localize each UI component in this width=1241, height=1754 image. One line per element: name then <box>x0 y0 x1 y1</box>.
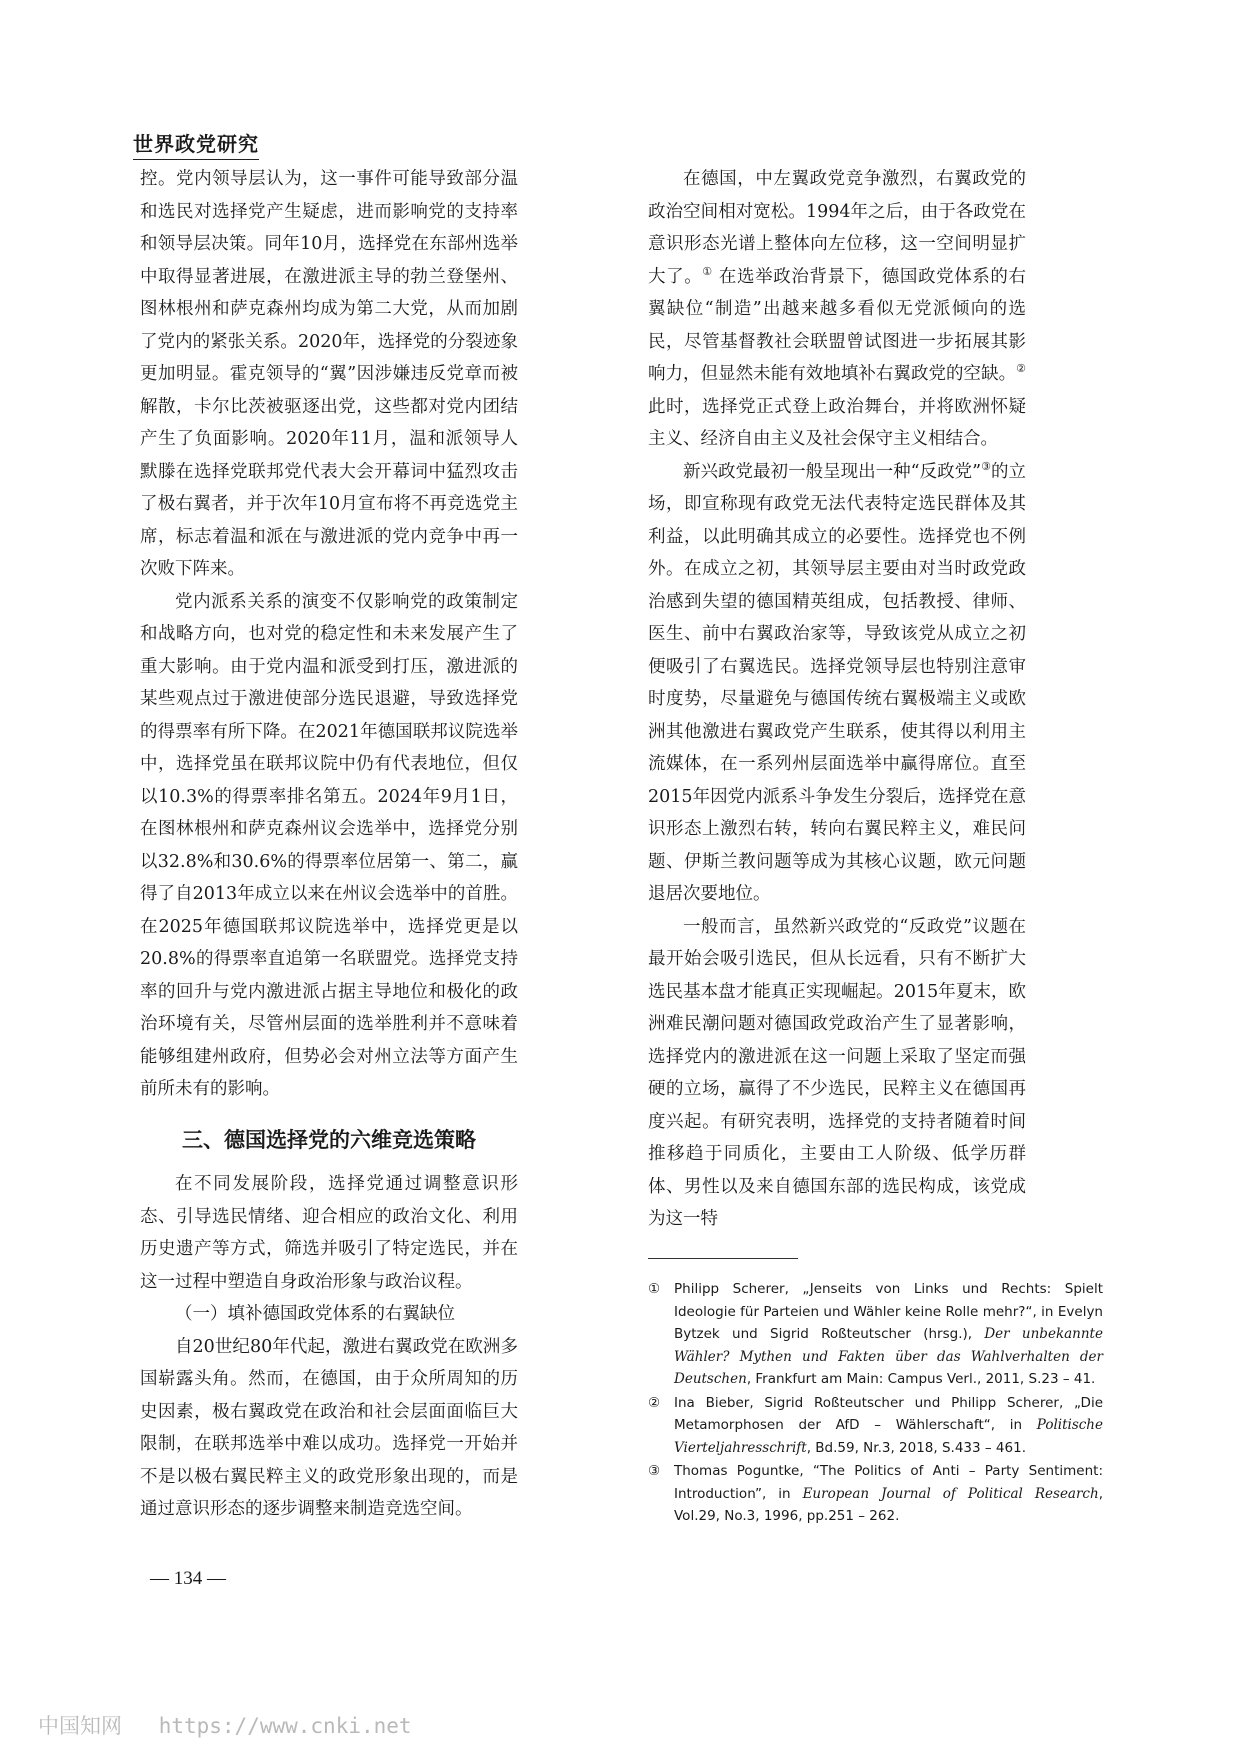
paragraph-text: 在选举政治背景下，德国政党体系的右翼缺位“制造”出越来越多看似无党派倾向的选民，… <box>648 267 1026 385</box>
footnote-2: ② Ina Bieber, Sigrid Roßteutscher und Ph… <box>648 1392 1103 1460</box>
footnote-1: ① Philipp Scherer, „Jenseits von Links u… <box>648 1278 1103 1391</box>
footnote-marker: ① <box>648 1278 660 1301</box>
footnote-ref-2[interactable]: ② <box>1016 362 1026 375</box>
footnotes: ① Philipp Scherer, „Jenseits von Links u… <box>648 1278 1103 1529</box>
footnote-divider <box>648 1258 798 1259</box>
watermark: 中国知网 https://www.cnki.net <box>38 1710 412 1740</box>
paragraph: 在德国，中左翼政党竞争激烈，右翼政党的政治空间相对宽松。1994年之后，由于各政… <box>648 163 1026 456</box>
paragraph-text: 的立场，即宣称现有政党无法代表特定选民群体及其利益，以此明确其成立的必要性。选择… <box>648 462 1026 905</box>
footnote-text: , Bd.59, Nr.3, 2018, S.433 – 461. <box>807 1440 1026 1456</box>
footnote-3: ③ Thomas Poguntke, “The Politics of Anti… <box>648 1460 1103 1528</box>
subsection-title: （一）填补德国政党体系的右翼缺位 <box>140 1298 518 1331</box>
footnote-ref-3[interactable]: ③ <box>981 460 991 473</box>
footnote-marker: ③ <box>648 1460 660 1483</box>
paragraph: 在不同发展阶段，选择党通过调整意识形态、引导选民情绪、迎合相应的政治文化、利用历… <box>140 1168 518 1298</box>
paragraph-text: 此时，选择党正式登上政治舞台，并将欧洲怀疑主义、经济自由主义及社会保守主义相结合… <box>648 397 1026 450</box>
running-head: 世界政党研究 <box>133 128 259 160</box>
left-column: 控。党内领导层认为，这一事件可能导致部分温和选民对选择党产生疑虑，进而影响党的支… <box>140 163 518 1526</box>
paragraph: 自20世纪80年代起，激进右翼政党在欧洲多国崭露头角。然而，在德国，由于众所周知… <box>140 1331 518 1526</box>
watermark-url: https://www.cnki.net <box>159 1714 412 1738</box>
paragraph: 控。党内领导层认为，这一事件可能导致部分温和选民对选择党产生疑虑，进而影响党的支… <box>140 163 518 586</box>
footnote-ref-1[interactable]: ① <box>702 265 712 278</box>
paragraph: 新兴政党最初一般呈现出一种“反政党”③的立场，即宣称现有政党无法代表特定选民群体… <box>648 456 1026 911</box>
footnote-text: , Frankfurt am Main: Campus Verl., 2011,… <box>747 1371 1096 1387</box>
section-title: 三、德国选择党的六维竞选策略 <box>140 1124 518 1157</box>
right-column: 在德国，中左翼政党竞争激烈，右翼政党的政治空间相对宽松。1994年之后，由于各政… <box>648 163 1026 1236</box>
footnote-marker: ② <box>648 1392 660 1415</box>
paragraph: 一般而言，虽然新兴政党的“反政党”议题在最开始会吸引选民，但从长远看，只有不断扩… <box>648 911 1026 1236</box>
paragraph-text: 新兴政党最初一般呈现出一种“反政党” <box>683 462 981 482</box>
watermark-brand: 中国知网 <box>38 1714 122 1738</box>
footnote-title: European Journal of Political Research <box>803 1486 1099 1502</box>
page-number: — 134 — <box>150 1568 226 1590</box>
paragraph: 党内派系关系的演变不仅影响党的政策制定和战略方向，也对党的稳定性和未来发展产生了… <box>140 586 518 1106</box>
